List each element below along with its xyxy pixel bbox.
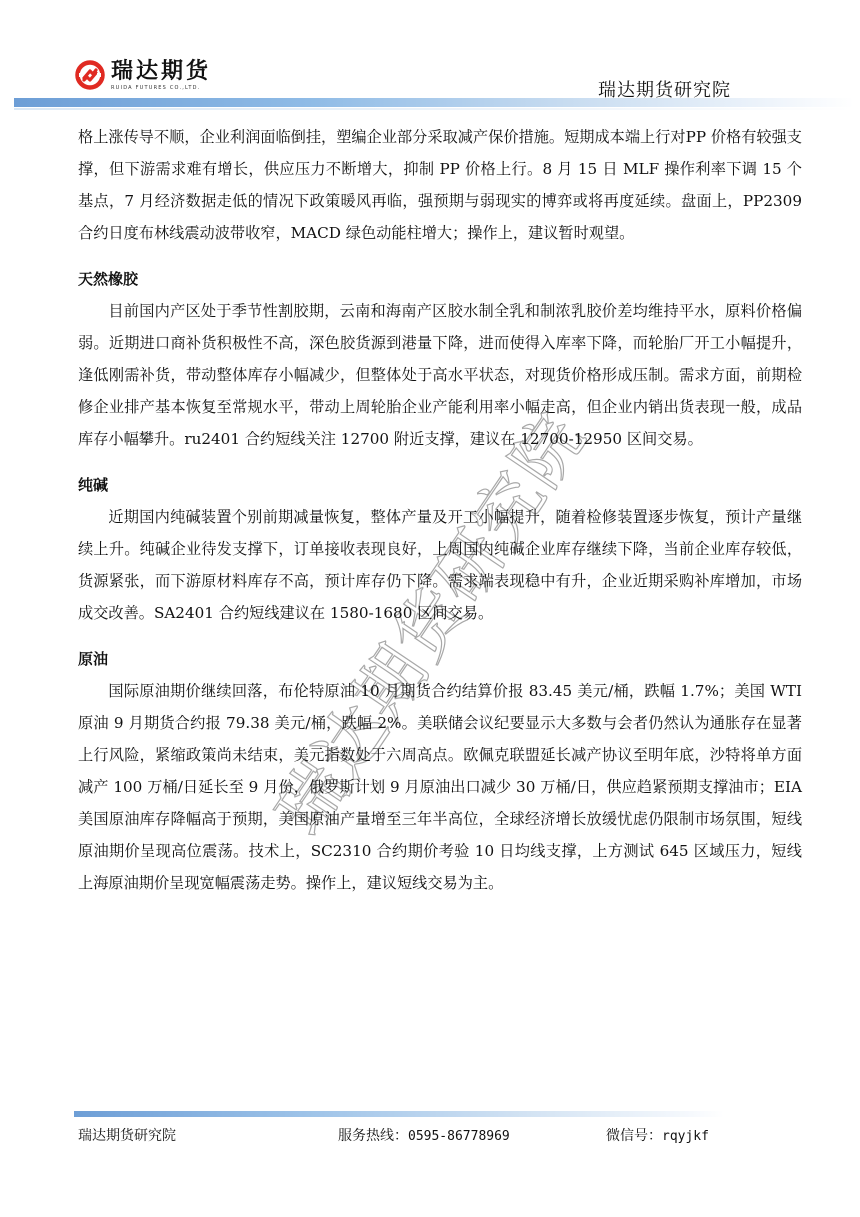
section-heading: 天然橡胶: [78, 263, 802, 295]
company-logo: 瑞达期货 RUIDA FUTURES CO.,LTD.: [75, 60, 211, 91]
hotline-number: 0595-86778969: [408, 1129, 510, 1144]
header-divider-bar: [14, 98, 854, 107]
page-header: 瑞达期货 RUIDA FUTURES CO.,LTD. 瑞达期货研究院: [0, 0, 860, 115]
footer-org-name: 瑞达期货研究院: [78, 1125, 176, 1145]
section-crude-oil: 原油 国际原油期价继续回落，布伦特原油 10 月期货合约结算价报 83.45 美…: [78, 643, 802, 899]
section-body: 目前国内产区处于季节性割胶期，云南和海南产区胶水制全乳和制浓乳胶价差均维持平水，…: [78, 295, 802, 455]
document-body: 格上涨传导不顺，企业利润面临倒挂，塑编企业部分采取减产保价措施。短期成本端上行对…: [78, 121, 802, 899]
page-footer: 瑞达期货研究院 服务热线：0595-86778969 微信号：rqyjkf: [78, 1125, 798, 1147]
section-body: 国际原油期价继续回落，布伦特原油 10 月期货合约结算价报 83.45 美元/桶…: [78, 675, 802, 899]
footer-wechat: 微信号：rqyjkf: [606, 1125, 709, 1145]
logo-english-name: RUIDA FUTURES CO.,LTD.: [111, 85, 211, 91]
section-body: 近期国内纯碱装置个别前期减量恢复，整体产量及开工小幅提升，随着检修装置逐步恢复，…: [78, 501, 802, 629]
section-heading: 原油: [78, 643, 802, 675]
ruida-swirl-logo-icon: [75, 60, 105, 90]
wechat-id: rqyjkf: [662, 1129, 709, 1144]
section-soda-ash: 纯碱 近期国内纯碱装置个别前期减量恢复，整体产量及开工小幅提升，随着检修装置逐步…: [78, 469, 802, 629]
section-natural-rubber: 天然橡胶 目前国内产区处于季节性割胶期，云南和海南产区胶水制全乳和制浓乳胶价差均…: [78, 263, 802, 455]
logo-chinese-name: 瑞达期货: [111, 60, 211, 84]
footer-divider-bar: [74, 1111, 724, 1117]
footer-hotline: 服务热线：0595-86778969: [338, 1125, 510, 1145]
hotline-label: 服务热线：: [338, 1128, 408, 1144]
header-divider-thin: [14, 108, 854, 110]
intro-paragraph: 格上涨传导不顺，企业利润面临倒挂，塑编企业部分采取减产保价措施。短期成本端上行对…: [78, 121, 802, 249]
section-heading: 纯碱: [78, 469, 802, 501]
wechat-label: 微信号：: [606, 1128, 662, 1144]
